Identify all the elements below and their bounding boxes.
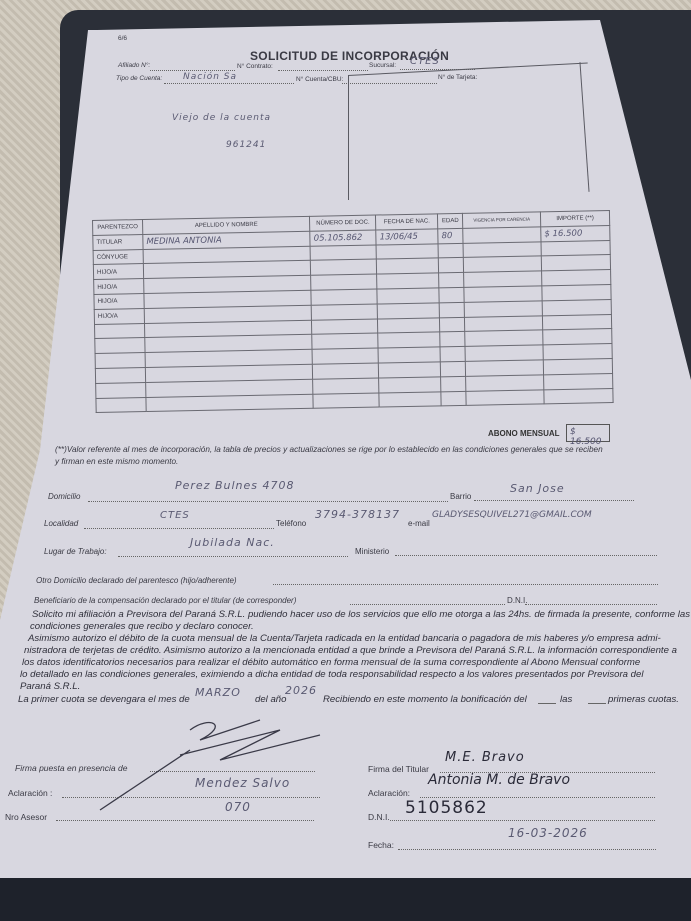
legal-line-1: Solicito mi afiliación a Previsora del P… xyxy=(32,609,690,620)
cell-doc[interactable] xyxy=(312,348,378,364)
cuota-anio-value[interactable]: 2026 xyxy=(285,684,317,697)
cell-vigencia[interactable] xyxy=(466,360,544,376)
cell-edad[interactable] xyxy=(441,376,466,391)
cell-fecha[interactable] xyxy=(377,273,439,289)
cell-fecha[interactable]: 13/06/45 xyxy=(376,229,438,245)
dni-label: D.N.I. xyxy=(368,812,390,822)
sucursal-value[interactable]: CTES xyxy=(410,56,440,67)
witness-signature xyxy=(80,710,340,820)
legal-line-5: los datos identificatorios necesarios pa… xyxy=(22,657,640,668)
note-line-1: Viejo de la cuenta xyxy=(172,113,271,123)
cell-fecha[interactable] xyxy=(378,332,440,348)
cell-parentezco xyxy=(95,338,145,354)
col-edad: EDAD xyxy=(438,213,463,228)
footnote-2: y firman en este mismo momento. xyxy=(55,457,178,466)
legal-line-7: Paraná S.R.L. xyxy=(20,681,80,692)
cell-doc[interactable] xyxy=(311,289,377,305)
cell-vigencia[interactable] xyxy=(466,389,544,405)
email-label: e-mail xyxy=(408,519,430,528)
barrio-value[interactable]: San Jose xyxy=(510,482,565,495)
cell-vigencia[interactable] xyxy=(464,271,542,287)
cell-vigencia[interactable] xyxy=(463,241,541,257)
cell-importe[interactable] xyxy=(542,270,611,286)
ministerio-label: Ministerio xyxy=(355,547,389,556)
legal-line-2: condiciones generales que recibo y decla… xyxy=(30,621,254,632)
cuota-suffix: primeras cuotas. xyxy=(608,694,679,705)
cell-fecha[interactable] xyxy=(379,377,441,393)
cell-edad[interactable] xyxy=(439,273,464,288)
cuota-anio-label: del año xyxy=(255,694,286,705)
fecha-label: Fecha: xyxy=(368,840,394,850)
cell-doc[interactable] xyxy=(311,259,377,275)
cuenta-cbu-label: N° Cuenta/CBU: xyxy=(296,76,343,83)
titular-signature[interactable]: M.E. Bravo xyxy=(445,750,525,765)
cell-fecha[interactable] xyxy=(376,243,438,259)
cell-parentezco: TITULAR xyxy=(93,234,143,250)
titular-label: Firma del Titular xyxy=(368,764,429,774)
tipo-cuenta-label: Tipo de Cuenta: xyxy=(116,75,162,82)
note-line-2: 961241 xyxy=(226,140,266,150)
cell-doc[interactable]: 05.105.862 xyxy=(310,230,376,246)
legal-line-3: Asimismo autorizo el débito de la cuota … xyxy=(28,633,661,644)
cell-vigencia[interactable] xyxy=(466,375,544,391)
cuota-prefix: La primer cuota se devengara el mes de xyxy=(18,694,190,705)
contrato-label: N° Contrato: xyxy=(237,63,273,70)
dni-value[interactable]: 5105862 xyxy=(405,798,488,818)
cell-doc[interactable] xyxy=(311,274,377,290)
col-vigencia: VIGENCIA POR CARENCIA xyxy=(463,212,541,228)
cell-doc[interactable] xyxy=(312,304,378,320)
localidad-value[interactable]: CTES xyxy=(160,510,190,521)
cell-vigencia[interactable] xyxy=(464,301,542,317)
localidad-label: Localidad xyxy=(44,519,78,528)
cell-importe[interactable] xyxy=(541,240,610,256)
aclaracion-right-label: Aclaración: xyxy=(368,788,410,798)
cell-edad[interactable] xyxy=(440,317,465,332)
cell-nombre[interactable] xyxy=(146,394,314,412)
legal-line-6: lo detallado en las condiciones generale… xyxy=(20,669,643,680)
cell-importe[interactable] xyxy=(543,314,612,330)
cell-importe[interactable] xyxy=(542,285,611,301)
cell-fecha[interactable] xyxy=(377,258,439,274)
cell-edad[interactable] xyxy=(440,347,465,362)
footnote: (**)Valor referente al mes de incorporac… xyxy=(55,445,603,454)
cell-parentezco: HIJO/A xyxy=(94,279,144,295)
cell-vigencia[interactable] xyxy=(465,315,543,331)
cell-edad[interactable]: 80 xyxy=(438,228,463,243)
cell-fecha[interactable] xyxy=(377,303,439,319)
legal-line-4: nistradora de terjetas de crédito. Asimi… xyxy=(24,645,677,656)
cell-vigencia[interactable] xyxy=(464,256,542,272)
cuota-mid: Recibiendo en este momento la bonificaci… xyxy=(323,694,527,705)
cell-vigencia[interactable] xyxy=(463,227,541,243)
cell-edad[interactable] xyxy=(438,243,463,258)
cell-edad[interactable] xyxy=(441,391,466,406)
cell-importe[interactable]: $ 16.500 xyxy=(541,225,610,241)
cell-parentezco: CÓNYUGE xyxy=(93,249,143,265)
cell-doc[interactable] xyxy=(313,363,379,379)
col-importe: IMPORTE (**) xyxy=(541,211,610,227)
cell-edad[interactable] xyxy=(439,287,464,302)
abono-label: ABONO MENSUAL xyxy=(488,429,560,438)
cell-parentezco: HIJO/A xyxy=(94,294,144,310)
col-fecha: FECHA DE NAC. xyxy=(376,214,438,230)
cell-edad[interactable] xyxy=(439,258,464,273)
cell-parentezco: HIJO/A xyxy=(93,264,143,280)
cell-parentezco xyxy=(96,382,146,398)
cuota-las-label: las xyxy=(560,694,572,705)
cell-fecha[interactable] xyxy=(378,347,440,363)
cell-doc[interactable] xyxy=(313,378,379,394)
cell-vigencia[interactable] xyxy=(465,330,543,346)
folder-bottom xyxy=(0,877,691,921)
cell-edad[interactable] xyxy=(440,332,465,347)
cell-importe[interactable] xyxy=(543,344,612,360)
domicilio-value[interactable]: Perez Bulnes 4708 xyxy=(175,479,295,492)
col-parentezco: PARENTEZCO xyxy=(93,220,143,236)
cell-parentezco xyxy=(95,353,145,369)
sucursal-label: Sucursal: xyxy=(369,62,396,69)
cuota-mes-value[interactable]: MARZO xyxy=(195,686,241,699)
members-table: PARENTEZCO APELLIDO Y NOMBRE NÚMERO DE D… xyxy=(92,210,614,413)
cell-fecha[interactable] xyxy=(377,288,439,304)
cell-doc[interactable] xyxy=(312,319,378,335)
abono-value[interactable]: $ 16.500 xyxy=(566,424,610,442)
cell-parentezco xyxy=(95,367,145,383)
aclaracion-right-value[interactable]: Antonia M. de Bravo xyxy=(428,772,570,788)
cell-fecha[interactable] xyxy=(378,317,440,333)
cell-importe[interactable] xyxy=(542,299,611,315)
aclaracion-left-label: Aclaración : xyxy=(8,788,52,798)
form-paper: 6/6 SOLICITUD DE INCORPORACIÓN Afiliado … xyxy=(0,20,691,878)
tipo-cuenta-value[interactable]: Nación Sa xyxy=(183,72,237,82)
cell-importe[interactable] xyxy=(543,329,612,345)
tarjeta-label: N° de Tarjeta: xyxy=(438,74,477,81)
cell-fecha[interactable] xyxy=(379,391,441,407)
cell-importe[interactable] xyxy=(544,373,613,389)
cell-vigencia[interactable] xyxy=(464,286,542,302)
barrio-label: Barrio xyxy=(450,492,471,501)
asesor-value[interactable]: 070 xyxy=(225,800,251,814)
otro-domicilio-label: Otro Domicilio declarado del parentesco … xyxy=(36,576,237,585)
cell-vigencia[interactable] xyxy=(465,345,543,361)
cell-doc[interactable] xyxy=(313,393,379,409)
cell-importe[interactable] xyxy=(543,359,612,375)
trabajo-label: Lugar de Trabajo: xyxy=(44,547,107,556)
cell-parentezco: HIJO/A xyxy=(94,308,144,324)
telefono-value[interactable]: 3794-378137 xyxy=(315,508,400,521)
cell-doc[interactable] xyxy=(312,333,378,349)
beneficiario-label: Beneficiario de la compensación declarad… xyxy=(34,596,296,605)
page-marker: 6/6 xyxy=(118,35,127,42)
cell-doc[interactable] xyxy=(310,245,376,261)
email-value[interactable]: GLADYSESQUIVEL271@GMAIL.COM xyxy=(432,510,592,520)
cell-parentezco xyxy=(96,397,146,413)
trabajo-value[interactable]: Jubilada Nac. xyxy=(190,536,275,549)
cell-fecha[interactable] xyxy=(379,362,441,378)
fecha-value[interactable]: 16-03-2026 xyxy=(508,826,588,840)
col-doc: NÚMERO DE DOC. xyxy=(310,215,376,231)
afiliado-label: Afiliado N°: xyxy=(118,62,150,69)
cell-edad[interactable] xyxy=(441,361,466,376)
aclaracion-left-value[interactable]: Mendez Salvo xyxy=(195,776,290,790)
domicilio-label: Domicilio xyxy=(48,492,80,501)
cell-importe[interactable] xyxy=(541,255,610,271)
cell-edad[interactable] xyxy=(439,302,464,317)
cell-parentezco xyxy=(94,323,144,339)
telefono-label: Teléfono xyxy=(276,519,306,528)
cell-importe[interactable] xyxy=(544,388,613,404)
asesor-label: Nro Asesor xyxy=(5,812,47,822)
